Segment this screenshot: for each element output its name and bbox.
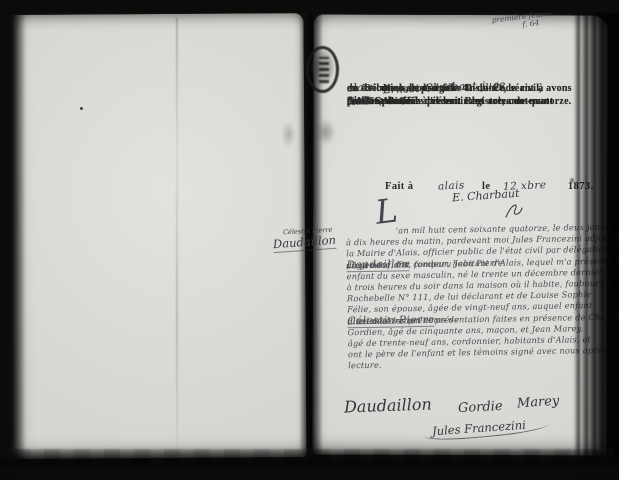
signature-father: Daudaillon [344, 394, 432, 416]
top-frame-shadow [0, 0, 619, 13]
act-text: , âgé de [346, 259, 381, 271]
signature-witness-2: Marey [517, 394, 560, 412]
stamp-figure [319, 57, 329, 83]
official-oval-stamp-icon [306, 46, 339, 93]
bottom-frame-shadow [0, 449, 619, 480]
act-dropcap: L [375, 204, 398, 218]
register-scan: première feuille f. 64 Nous, soussigné E… [0, 0, 619, 480]
binding-edge-shadow [0, 0, 26, 480]
left-page [8, 13, 306, 459]
stamp-smudge [312, 114, 339, 150]
preamble: Nous, soussigné Ernest Charbaut juge du … [347, 82, 599, 109]
preamble-text: du Tribunal de première Instance, séant … [347, 82, 544, 95]
paraph-flourish-icon [503, 201, 525, 221]
commune-fill: alais [347, 95, 373, 110]
signature-witness-1: Gordie [458, 399, 503, 416]
act-text: , les [347, 316, 365, 328]
paper-speck [80, 107, 83, 110]
page-edge-streaks [572, 0, 619, 480]
page-crease [176, 18, 178, 454]
ink-bleed-smudge [279, 117, 298, 152]
